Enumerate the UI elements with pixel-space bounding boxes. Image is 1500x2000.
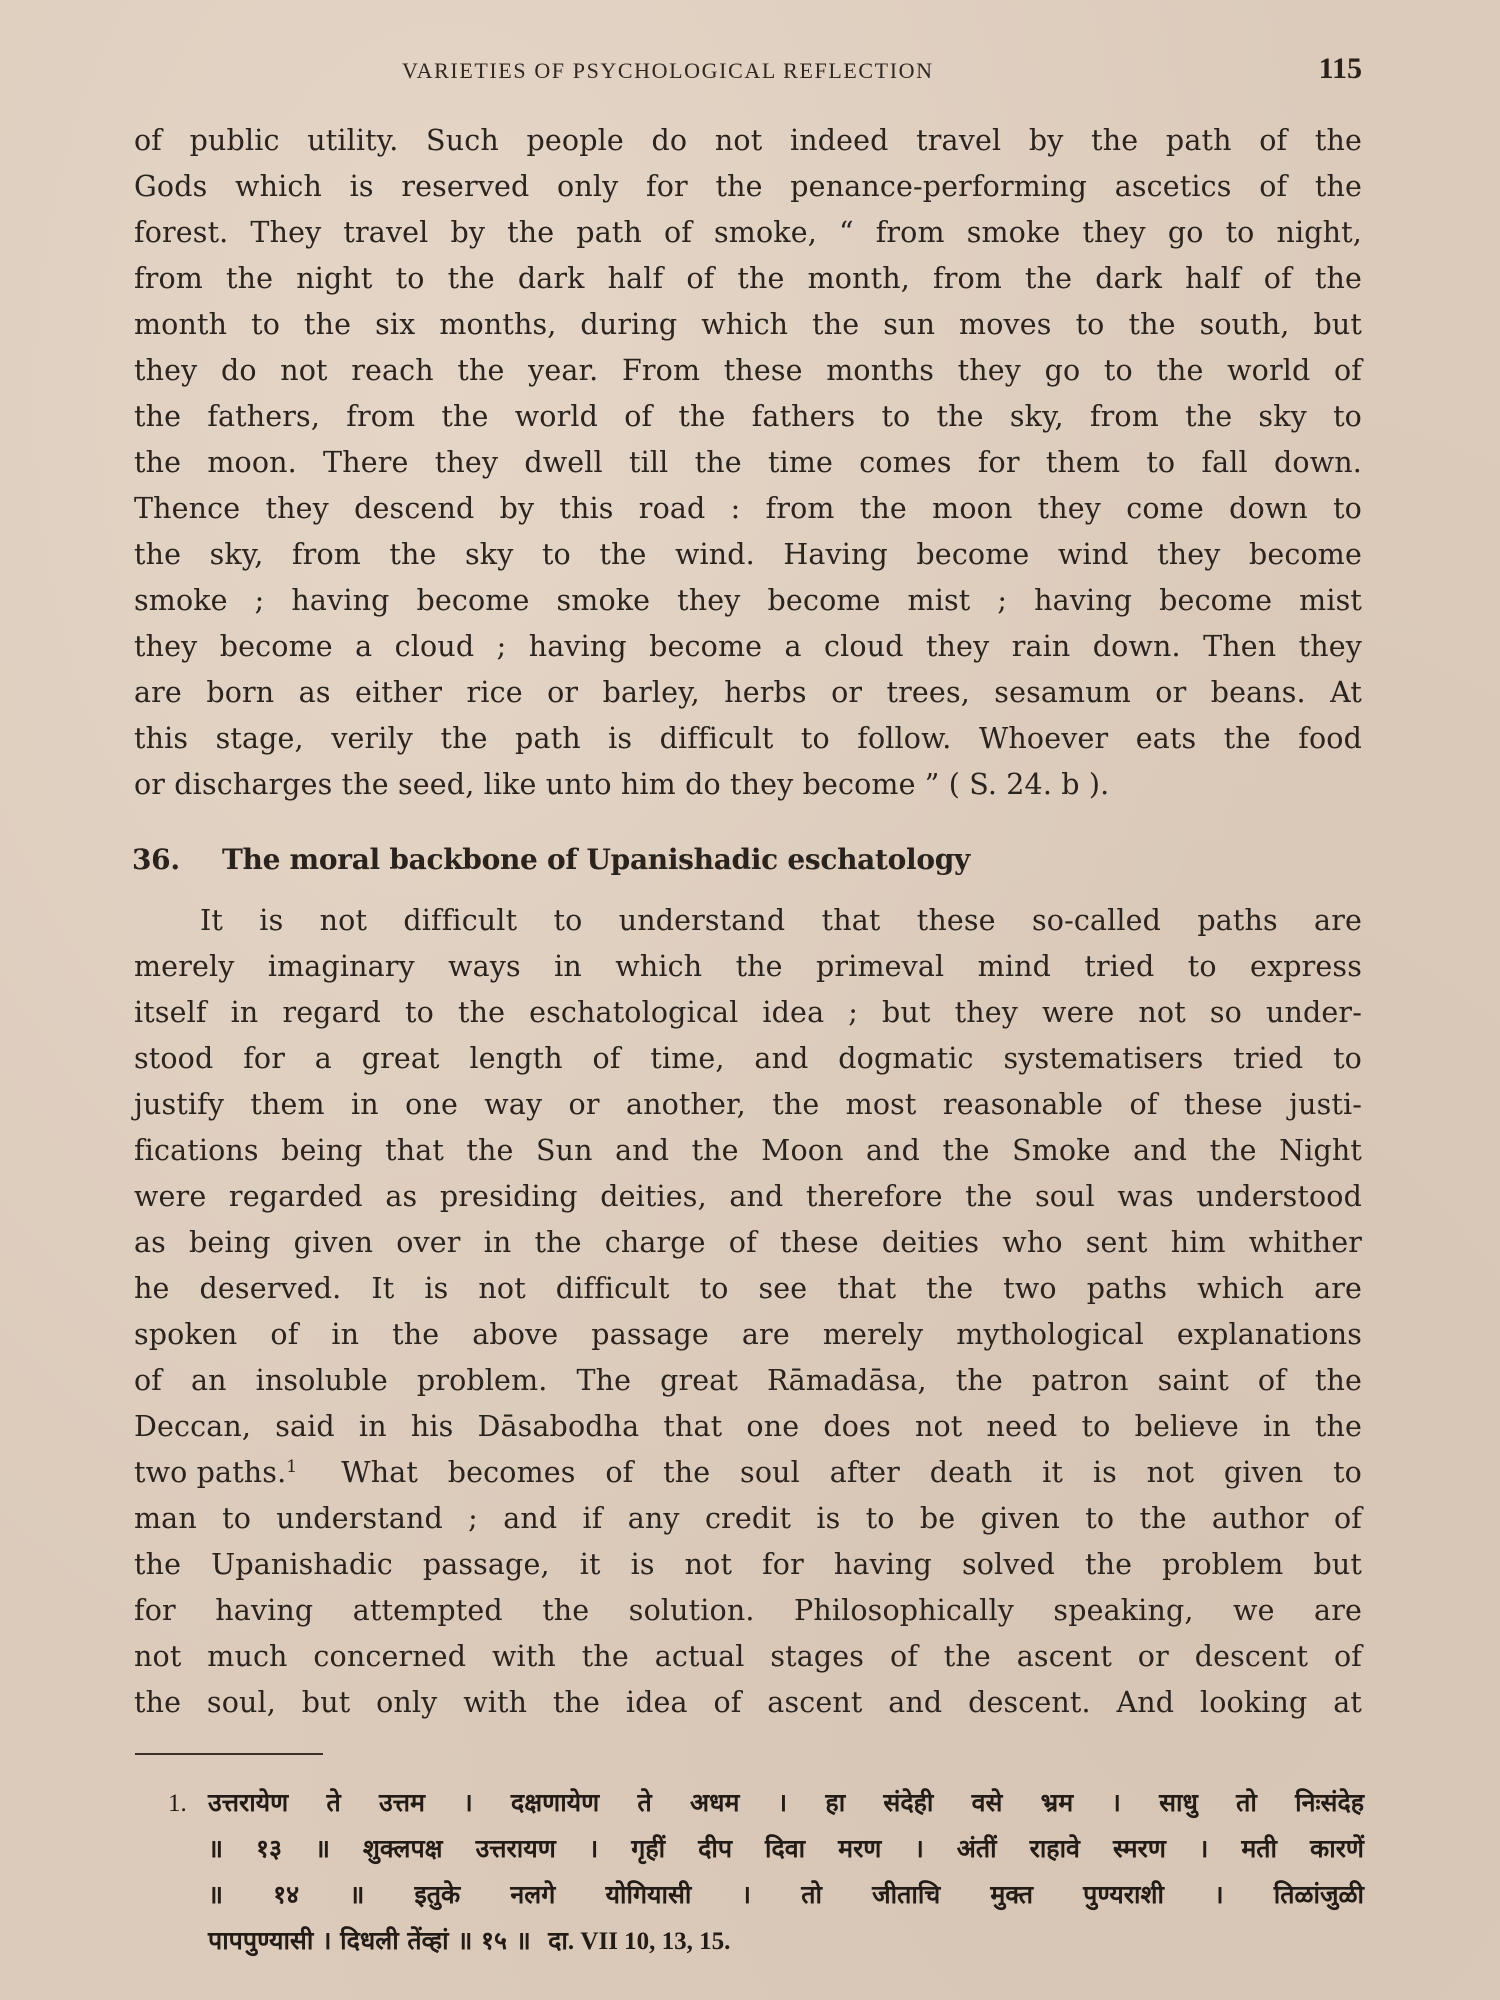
- text-line: merely imaginary ways in which the prime…: [134, 944, 1362, 990]
- text-line: the soul, but only with the idea of asce…: [134, 1680, 1362, 1726]
- footnote-line: पापपुण्यासी । दिधली तेंव्हां ॥ १५ ॥ दा. …: [168, 1918, 1364, 1964]
- section-title: The moral backbone of Upanishadic eschat…: [222, 843, 970, 876]
- paragraph-2: It is not difficult to understand that t…: [134, 898, 1362, 1726]
- page-number: 115: [1319, 52, 1362, 86]
- text-line: Thence they descend by this road : from …: [134, 486, 1362, 532]
- text-line: spoken of in the above passage are merel…: [134, 1312, 1362, 1358]
- text-line-with-footnote-ref: two paths.1 What becomes of the soul aft…: [134, 1450, 1362, 1496]
- text-line: the fathers, from the world of the fathe…: [134, 394, 1362, 440]
- text-line: of an insoluble problem. The great Rāmad…: [134, 1358, 1362, 1404]
- devanagari-text: पापपुण्यासी । दिधली तेंव्हां ॥ १५ ॥: [208, 1926, 531, 1955]
- section-heading: 36.The moral backbone of Upanishadic esc…: [132, 843, 970, 876]
- text-line: of public utility. Such people do not in…: [134, 118, 1362, 164]
- section-number: 36.: [132, 843, 222, 876]
- text-line: Gods which is reserved only for the pena…: [134, 164, 1362, 210]
- text-line: for having attempted the solution. Philo…: [134, 1588, 1362, 1634]
- text-line: this stage, verily the path is difficult…: [134, 716, 1362, 762]
- footnote-1: 1.उत्तरायेण ते उत्तम । दक्षणायेण ते अधम …: [168, 1780, 1364, 1964]
- text-line: Deccan, said in his Dāsabodha that one d…: [134, 1404, 1362, 1450]
- book-page: VARIETIES OF PSYCHOLOGICAL REFLECTION 11…: [0, 0, 1500, 2000]
- footnote-line: 1.उत्तरायेण ते उत्तम । दक्षणायेण ते अधम …: [168, 1780, 1364, 1826]
- text-line: itself in regard to the eschatological i…: [134, 990, 1362, 1036]
- text-line: were regarded as presiding deities, and …: [134, 1174, 1362, 1220]
- text-line: man to understand ; and if any credit is…: [134, 1496, 1362, 1542]
- text-line: stood for a great length of time, and do…: [134, 1036, 1362, 1082]
- text-line: justify them in one way or another, the …: [134, 1082, 1362, 1128]
- paragraph-1: of public utility. Such people do not in…: [134, 118, 1362, 808]
- text-line: they become a cloud ; having become a cl…: [134, 624, 1362, 670]
- footnote-marker: 1.: [168, 1781, 208, 1827]
- text-line: forest. They travel by the path of smoke…: [134, 210, 1362, 256]
- footnote-line: ॥ १३ ॥ शुक्लपक्ष उत्तरायण । गृहीं दीप दि…: [168, 1826, 1364, 1872]
- text-line: It is not difficult to understand that t…: [134, 898, 1362, 944]
- footnote-reference[interactable]: 1: [286, 1457, 297, 1477]
- footnote-line: ॥ १४ ॥ इतुके नलगे योगियासी । तो जीताचि म…: [168, 1872, 1364, 1918]
- text-line: not much concerned with the actual stage…: [134, 1634, 1362, 1680]
- text-fragment: What becomes of the soul after death it …: [341, 1450, 1362, 1496]
- footnote-citation: दा. VII 10, 13, 15.: [548, 1928, 730, 1955]
- text-line: are born as either rice or barley, herbs…: [134, 670, 1362, 716]
- text-line: month to the six months, during which th…: [134, 302, 1362, 348]
- footnote-divider: [135, 1753, 323, 1755]
- text-line: he deserved. It is not difficult to see …: [134, 1266, 1362, 1312]
- running-title: VARIETIES OF PSYCHOLOGICAL REFLECTION: [402, 58, 934, 84]
- text-fragment: two paths.: [134, 1456, 286, 1489]
- text-line: as being given over in the charge of the…: [134, 1220, 1362, 1266]
- text-line: or discharges the seed, like unto him do…: [134, 762, 1362, 808]
- text-line: the Upanishadic passage, it is not for h…: [134, 1542, 1362, 1588]
- text-line: smoke ; having become smoke they become …: [134, 578, 1362, 624]
- text-line: from the night to the dark half of the m…: [134, 256, 1362, 302]
- text-line: they do not reach the year. From these m…: [134, 348, 1362, 394]
- text-line: the sky, from the sky to the wind. Havin…: [134, 532, 1362, 578]
- text-line: the moon. There they dwell till the time…: [134, 440, 1362, 486]
- text-line: fications being that the Sun and the Moo…: [134, 1128, 1362, 1174]
- devanagari-text: उत्तरायेण ते उत्तम । दक्षणायेण ते अधम । …: [208, 1788, 1364, 1817]
- running-head: VARIETIES OF PSYCHOLOGICAL REFLECTION 11…: [134, 54, 1362, 86]
